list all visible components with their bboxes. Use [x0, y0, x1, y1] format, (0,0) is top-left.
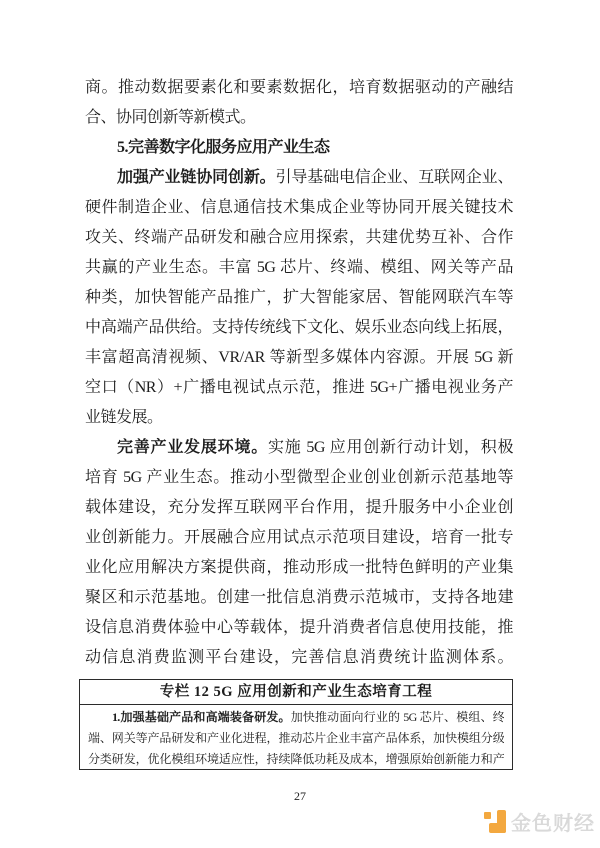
- text-line: 中高端产品供给。支持传统线下文化、娱乐业态向线上拓展，: [85, 313, 513, 343]
- text-line: 共赢的产业生态。丰富 5G 芯片、终端、模组、网关等产品: [85, 253, 513, 283]
- jinse-finance-logo-icon: [484, 810, 506, 833]
- column-box-12: 专栏 12 5G 应用创新和产业生态培育工程 1.加强基础产品和高端装备研发。加…: [79, 679, 513, 770]
- text-line: 加强产业链协同创新。引导基础电信企业、互联网企业、: [85, 163, 513, 193]
- text-line: 业链发展。: [85, 403, 513, 433]
- text-line: 合、协同创新等新模式。: [85, 103, 513, 133]
- text-line: 动信息消费监测平台建设，完善信息消费统计监测体系。: [85, 643, 513, 673]
- text-line: 完善产业发展环境。实施 5G 应用创新行动计划，积极: [85, 433, 513, 463]
- document-page: 商。推动数据要素化和要素数据化，培育数据驱动的产融结合、协同创新等新模式。5.完…: [0, 0, 600, 848]
- main-text-block: 商。推动数据要素化和要素数据化，培育数据驱动的产融结合、协同创新等新模式。5.完…: [85, 73, 513, 673]
- text-line: 业创新能力。开展融合应用试点示范项目建设，培育一批专: [85, 523, 513, 553]
- text-line: 5.完善数字化服务应用产业生态: [85, 133, 513, 163]
- column-box-title: 专栏 12 5G 应用创新和产业生态培育工程: [80, 680, 512, 705]
- page-number: 27: [0, 789, 600, 804]
- watermark-text: 金色财经: [511, 807, 595, 836]
- text-line: 商。推动数据要素化和要素数据化，培育数据驱动的产融结: [85, 73, 513, 103]
- text-line: 种类，加快智能产品推广，扩大智能家居、智能网联汽车等: [85, 283, 513, 313]
- text-line: 业化应用解决方案提供商，推动形成一批特色鲜明的产业集: [85, 553, 513, 583]
- text-line: 培育 5G 产业生态。推动小型微型企业创业创新示范基地等: [85, 463, 513, 493]
- column-box-body: 1.加强基础产品和高端装备研发。加快推动面向行业的 5G 芯片、模组、终端、网关…: [80, 705, 512, 770]
- text-line: 聚区和示范基地。创建一批信息消费示范城市，支持各地建: [85, 583, 513, 613]
- text-line: 载体建设，充分发挥互联网平台作用，提升服务中小企业创: [85, 493, 513, 523]
- text-line: 硬件制造企业、信息通信技术集成企业等协同开展关键技术: [85, 193, 513, 223]
- text-line: 端、网关等产品研发和产业化进程，推动芯片企业丰富产品体系，加快模组分级: [88, 728, 504, 749]
- text-line: 空口（NR）+广播电视试点示范，推进 5G+广播电视业务产: [85, 373, 513, 403]
- text-line: 丰富超高清视频、VR/AR 等新型多媒体内容源。开展 5G 新: [85, 343, 513, 373]
- watermark: 金色财经: [484, 809, 595, 833]
- text-line: 分类研发，优化模组环境适应性，持续降低功耗及成本，增强原始创新能力和产: [88, 749, 504, 770]
- text-line: 1.加强基础产品和高端装备研发。加快推动面向行业的 5G 芯片、模组、终: [88, 707, 504, 728]
- text-line: 攻关、终端产品研发和融合应用探索，共建优势互补、合作: [85, 223, 513, 253]
- text-line: 设信息消费体验中心等载体，提升消费者信息使用技能，推: [85, 613, 513, 643]
